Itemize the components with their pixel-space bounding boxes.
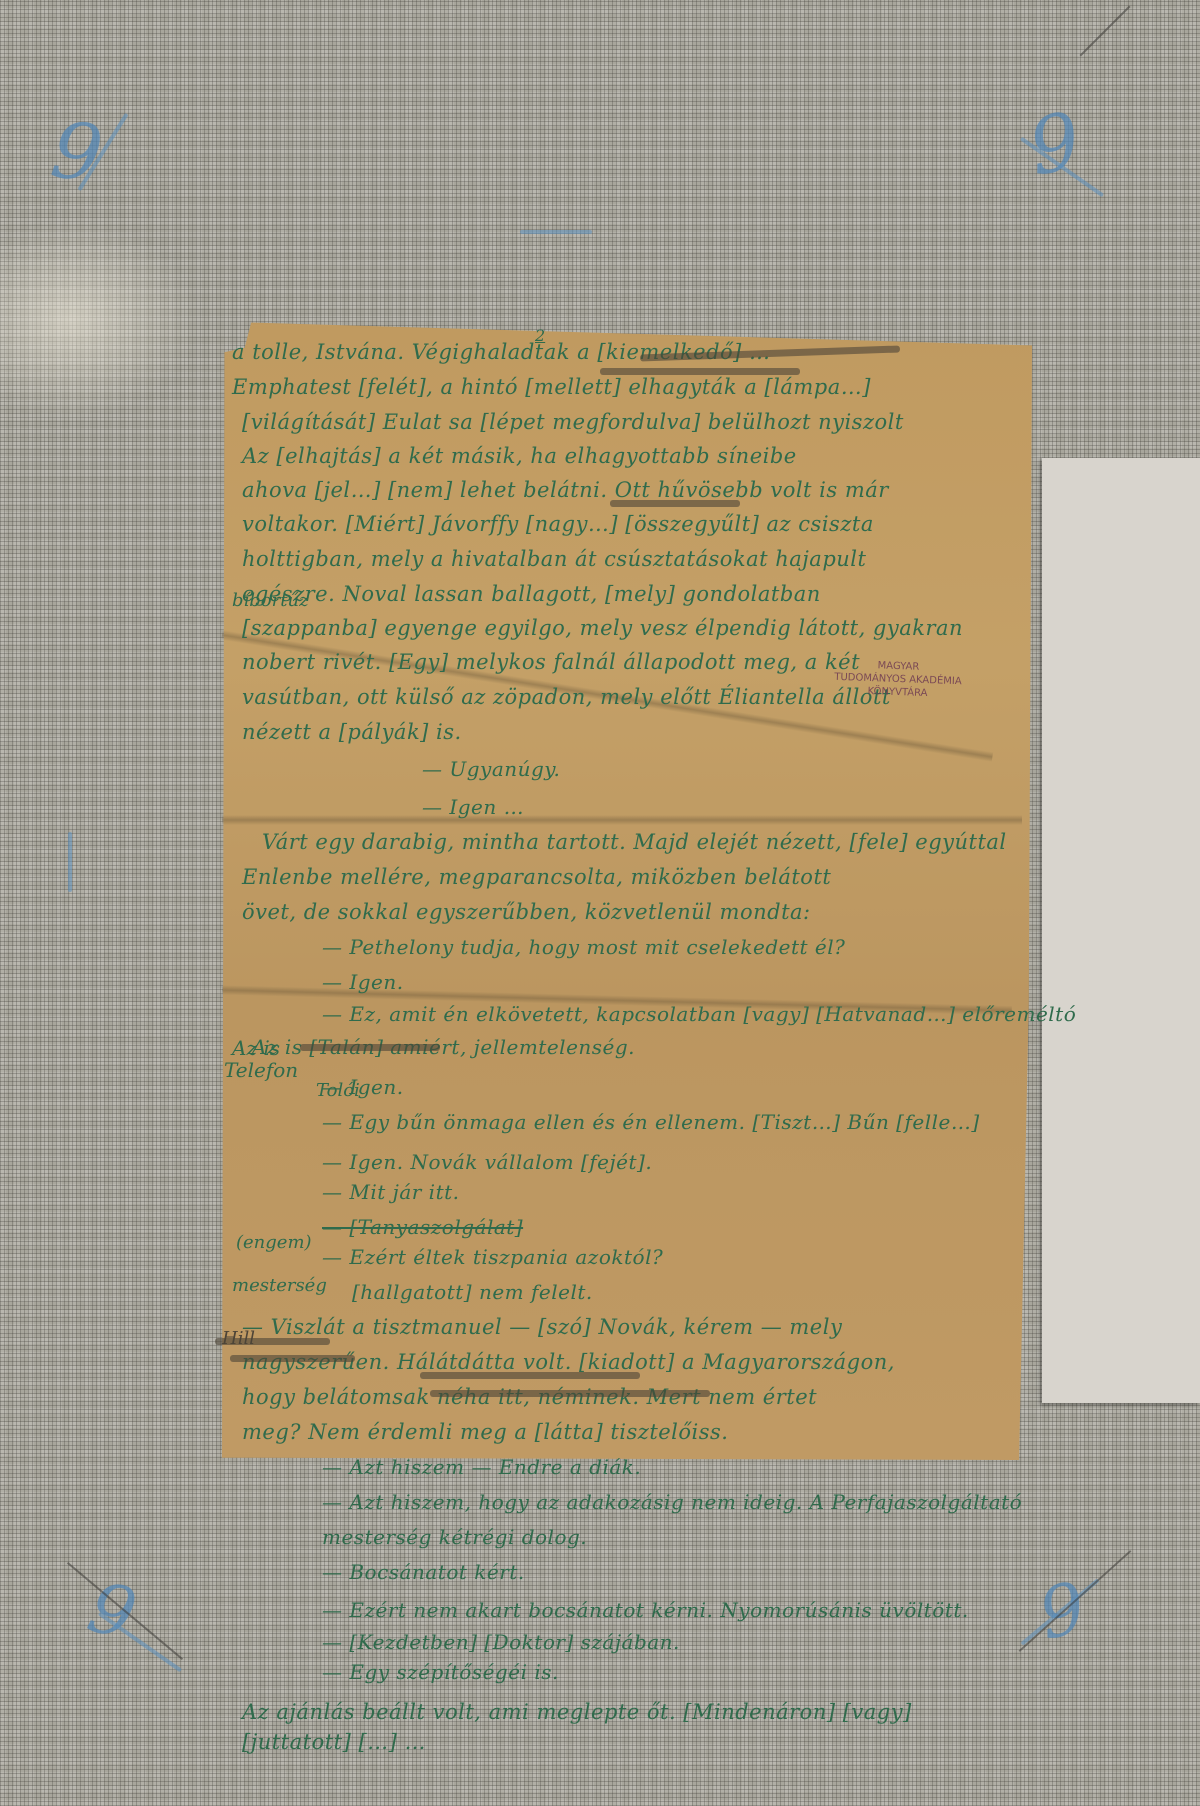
dialogue-line: — Igen. Novák vállalom [fejét].: [322, 1150, 652, 1174]
corner-pencil-top-right: [1080, 6, 1131, 57]
dialogue-line: — Igen …: [422, 795, 524, 819]
margin-note: (engem): [236, 1232, 312, 1253]
text-line: [szappanba] egyenge egyilgo, mely vesz é…: [242, 616, 963, 640]
text-line: nézett a [pályák] is.: [242, 720, 462, 744]
dialogue-line: — [Kezdetben] [Doktor] szájában.: [322, 1630, 680, 1654]
dialogue-line: — Bocsánatot kért.: [322, 1560, 525, 1584]
dialogue-line: — Mit jár itt.: [322, 1180, 460, 1204]
side-stroke-left: [68, 832, 72, 892]
dialogue-line: — [Tanyaszolgálat]: [322, 1215, 523, 1239]
dialogue-line: mesterség kétrégi dolog.: [322, 1525, 587, 1549]
dialogue-line: [juttatott] […] …: [242, 1730, 426, 1754]
margin-note: mesterség: [232, 1275, 327, 1296]
text-line: egészre. Noval lassan ballagott, [mely] …: [242, 582, 821, 606]
pencil-strikeout: [420, 1372, 640, 1379]
dialogue-line: Enlenbe mellére, megparancsolta, miközbe…: [242, 865, 831, 889]
text-line: holttigban, mely a hivatalban át csúszta…: [242, 547, 866, 571]
center-stroke-top: [520, 230, 592, 234]
margin-note: Telefon: [224, 1058, 298, 1082]
pencil-strikeout: [600, 368, 800, 375]
pencil-strikeout: [215, 1338, 330, 1345]
text-line: vasútban, ott külső az zöpadon, mely elő…: [242, 685, 891, 709]
text-line: [világítását] Eulat sa [lépet megfordulv…: [242, 410, 904, 434]
dialogue-line: — Egy bűn önmaga ellen és én ellenem. [T…: [322, 1110, 980, 1134]
margin-note: Az is: [232, 1036, 280, 1060]
text-line: ahova [jel…] [nem] lehet belátni. Ott hű…: [242, 478, 889, 502]
pencil-strikeout: [230, 1355, 355, 1362]
dialogue-line: — Pethelony tudja, hogy most mit cseleke…: [322, 935, 845, 959]
white-card: [1042, 458, 1200, 1403]
dialogue-line: hogy belátomsak néha itt, néminek. Mert …: [242, 1385, 817, 1409]
dialogue-line: nagyszerűen. Hálátdátta volt. [kiadott] …: [242, 1350, 895, 1374]
dialogue-line: — Azt hiszem — Endre a diák.: [322, 1455, 641, 1479]
dialogue-line: meg? Nem érdemli meg a [látta] tisztelői…: [242, 1420, 728, 1444]
dialogue-line: — Ezért éltek tiszpania azoktól?: [322, 1245, 663, 1269]
pencil-strikeout: [610, 500, 740, 507]
dialogue-line: — Viszlát a tisztmanuel — [szó] Novák, k…: [242, 1315, 842, 1339]
dialogue-line: — Ezért nem akart bocsánatot kérni. Nyom…: [322, 1598, 969, 1622]
pencil-strikeout: [300, 1044, 440, 1051]
pencil-strikeout: [430, 1390, 710, 1397]
dialogue-line: — Egy szépítőségéi is.: [322, 1660, 559, 1684]
dialogue-line: — Igen.: [322, 970, 404, 994]
text-line: Az [elhajtás] a két másik, ha elhagyotta…: [242, 444, 797, 468]
library-stamp: MAGYAR TUDOMÁNYOS AKADÉMIA KÖNYVTÁRA: [827, 658, 968, 702]
dialogue-line: — Azt hiszem, hogy az adakozásig nem ide…: [322, 1490, 1022, 1514]
dialogue-line: — Ez, amit én elkövetett, kapcsolatban […: [322, 1002, 1076, 1026]
dialogue-line: — Ugyanúgy.: [422, 757, 560, 781]
light-glare: [0, 220, 200, 420]
fold-crease: [222, 815, 1022, 825]
dialogue-line: övet, de sokkal egyszerűbben, közvetlenü…: [242, 900, 811, 924]
dialogue-line: Az ajánlás beállt volt, ami meglepte őt.…: [242, 1700, 912, 1724]
dialogue-line: [hallgatott] nem felelt.: [352, 1280, 593, 1304]
text-line: Emphatest [felét], a hintó [mellett] elh…: [232, 375, 871, 399]
dialogue-line: Várt egy darabig, mintha tartott. Majd e…: [262, 830, 1007, 854]
margin-note: Tolói: [316, 1080, 360, 1101]
margin-note: bíbortűz: [232, 590, 309, 611]
text-line: nobert rivét. [Egy] melykos falnál állap…: [242, 650, 860, 674]
text-line: voltakor. [Miért] Jávorffy [nagy…] [össz…: [242, 512, 874, 536]
